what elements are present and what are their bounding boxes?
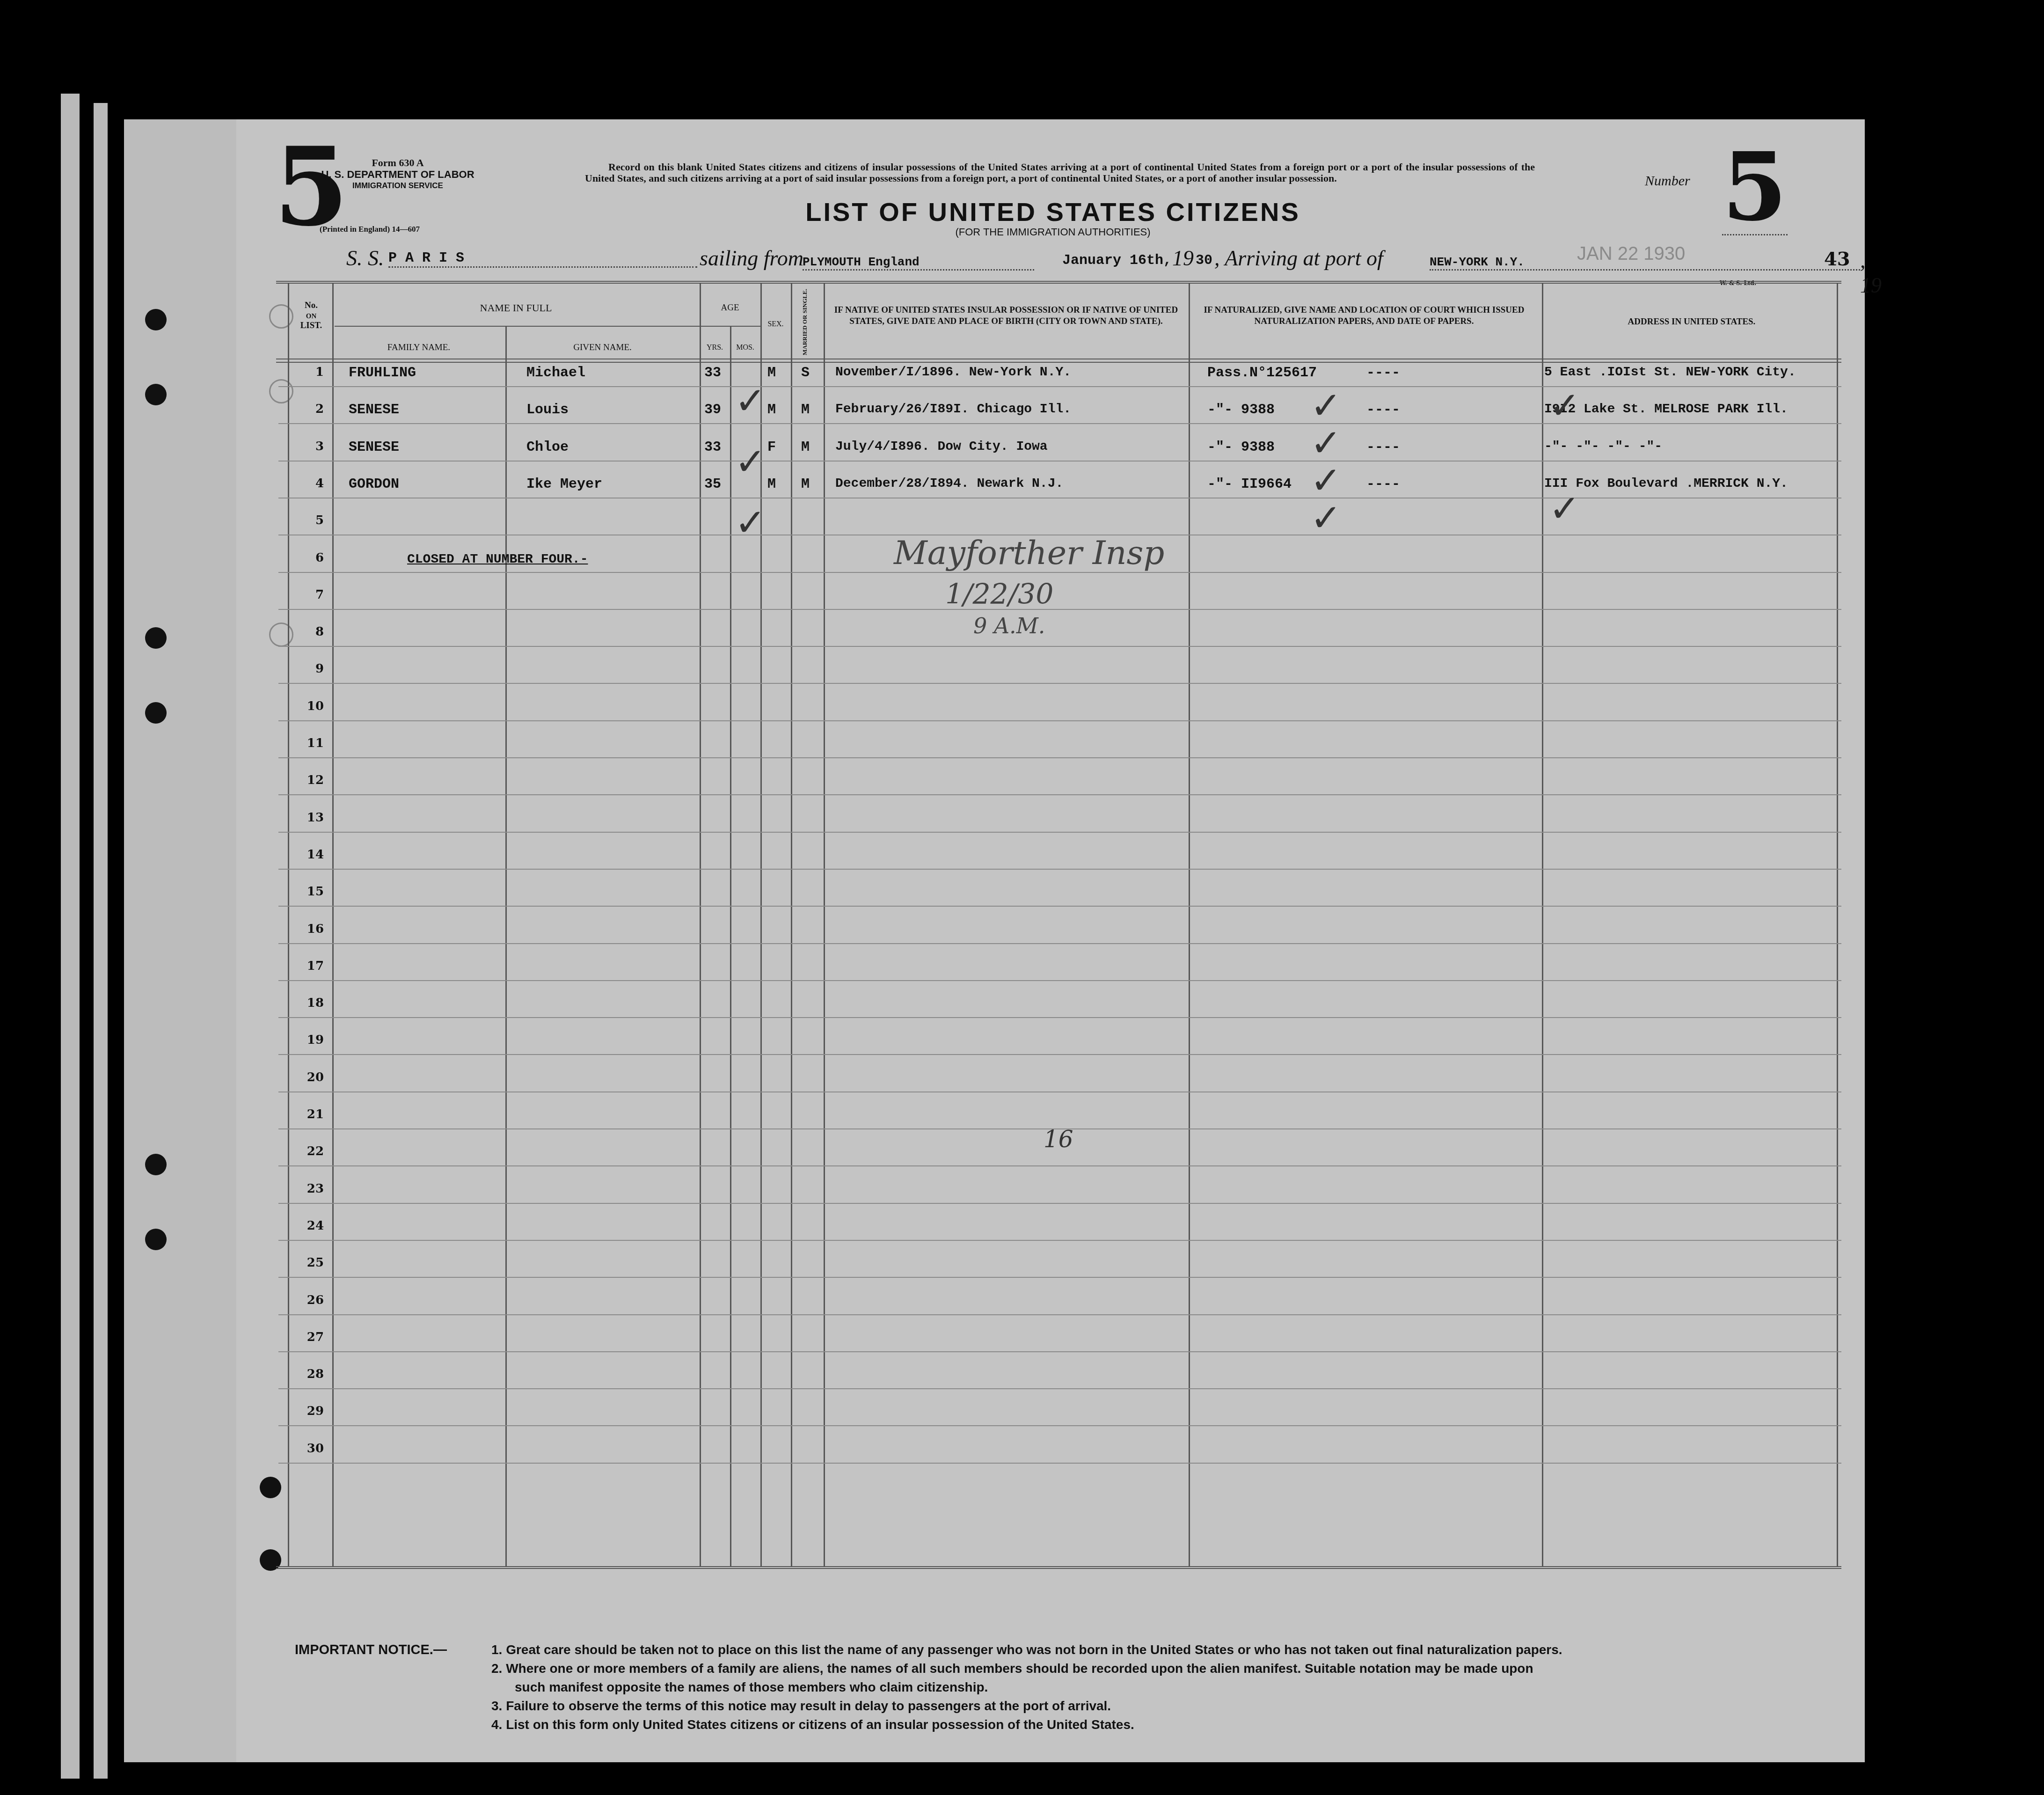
passenger-sex: M: [767, 476, 776, 492]
passenger-dash: ----: [1366, 365, 1400, 381]
row-number: 13: [281, 811, 324, 825]
col-age-yrs: YRS.: [700, 342, 730, 353]
ss-label: S. S.: [346, 246, 384, 271]
row-number: 1: [281, 365, 324, 379]
number-label: Number: [1645, 173, 1690, 189]
passenger-given: Chloe: [526, 440, 569, 455]
check-mark: ✓: [1310, 496, 1342, 540]
check-mark: ✓: [735, 501, 766, 544]
passenger-age: 33: [704, 440, 721, 455]
row-number: 16: [281, 922, 324, 936]
instructions: Record on this blank United States citiz…: [585, 161, 1535, 184]
row-rule: [278, 832, 1841, 833]
grid-line: [1542, 284, 1543, 1566]
arrival-year-prefix: , 19: [1860, 248, 1882, 298]
row-number: 7: [281, 588, 324, 602]
check-mark: ✓: [735, 440, 766, 484]
passenger-address: -"- -"- -"- -"-: [1544, 440, 1662, 454]
manifest-table: No. ON LIST. NAME IN FULL FAMILY NAME. G…: [276, 281, 1841, 1569]
row-number: 20: [281, 1070, 324, 1084]
row-number: 3: [281, 440, 324, 454]
inspection-time: 9 A.M.: [973, 613, 1045, 638]
notice-item-1: 1. Great care should be taken not to pla…: [491, 1641, 1562, 1659]
row-rule: [278, 906, 1841, 907]
passenger-family: SENESE: [349, 440, 399, 455]
row-rule: [278, 869, 1841, 870]
passenger-address: III Fox Boulevard .MERRICK N.Y.: [1544, 476, 1788, 491]
punch-hole: [145, 1229, 167, 1250]
row-rule: [278, 683, 1841, 684]
punch-hole: [145, 1154, 167, 1175]
row-rule: [278, 423, 1841, 424]
row-number: 17: [281, 959, 324, 973]
punch-hole: [145, 384, 167, 405]
binder-strip-1: [61, 94, 80, 1779]
row-rule: [278, 1054, 1841, 1055]
row-rule: [278, 498, 1841, 498]
passenger-naturalized: -"- II9664: [1207, 476, 1292, 492]
passenger-marital: M: [801, 402, 810, 418]
col-family-name: FAMILY NAME.: [332, 342, 505, 353]
punch-hole: [145, 627, 167, 649]
row-rule: [278, 461, 1841, 462]
notice-label: IMPORTANT NOTICE.—: [295, 1641, 447, 1659]
grid-line: [335, 326, 760, 327]
row-number: 11: [281, 736, 324, 750]
notice-item-4: 4. List on this form only United States …: [491, 1715, 1134, 1734]
passenger-sex: F: [767, 440, 776, 455]
row-rule: [278, 1017, 1841, 1018]
passenger-birth: December/28/I894. Newark N.J.: [835, 476, 1063, 491]
notice-item-2: 2. Where one or more members of a family…: [491, 1659, 1533, 1678]
row-number: 28: [281, 1367, 324, 1381]
passenger-dash: ----: [1366, 476, 1400, 492]
year-prefix: 19: [1172, 246, 1194, 271]
passenger-birth: February/26/I89I. Chicago Ill.: [835, 402, 1071, 417]
voyage-line: S. S. P A R I S sailing from PLYMOUTH En…: [346, 246, 1811, 278]
passenger-given: Louis: [526, 402, 569, 418]
passenger-sex: M: [767, 402, 776, 418]
row-number: 2: [281, 402, 324, 416]
notice-item-3: 3. Failure to observe the terms of this …: [491, 1697, 1111, 1715]
passenger-marital: M: [801, 476, 810, 492]
row-rule: [278, 1240, 1841, 1241]
col-no-line3: LIST.: [290, 320, 332, 331]
passenger-dash: ----: [1366, 402, 1400, 418]
header-divider: [276, 359, 1841, 363]
passenger-birth: July/4/I896. Dow City. Iowa: [835, 440, 1048, 454]
passenger-marital: M: [801, 440, 810, 455]
passenger-birth: November/I/1896. New-York N.Y.: [835, 365, 1071, 380]
row-number: 15: [281, 885, 324, 899]
passenger-address: 5 East .IOIst St. NEW-YORK City.: [1544, 365, 1796, 380]
row-rule: [278, 980, 1841, 981]
row-rule: [278, 757, 1841, 758]
grid-line: [1189, 284, 1190, 1566]
row-number: 14: [281, 848, 324, 862]
row-number: 21: [281, 1107, 324, 1121]
row-number: 25: [281, 1256, 324, 1270]
passenger-given: Michael: [526, 365, 585, 381]
year-suffix: 30: [1196, 253, 1212, 269]
passenger-age: 33: [704, 365, 721, 381]
row-number: 23: [281, 1182, 324, 1196]
underlying-page: [124, 119, 241, 1762]
col-no-line1: No.: [290, 300, 332, 311]
departure-date: January 16th,: [1062, 253, 1172, 269]
row-number: 19: [281, 1033, 324, 1047]
row-number: 4: [281, 476, 324, 491]
passenger-family: FRUHLING: [349, 365, 416, 381]
row-number: 30: [281, 1442, 324, 1456]
arrival-date-stamp: JAN 22 1930: [1577, 243, 1685, 264]
check-mark: ✓: [1549, 487, 1580, 530]
row-rule: [278, 1314, 1841, 1315]
col-given-name: GIVEN NAME.: [505, 342, 700, 353]
passenger-age: 35: [704, 476, 721, 492]
sheet-mark: 16: [1044, 1126, 1073, 1153]
col-birth: IF NATIVE OF UNITED STATES INSULAR POSSE…: [831, 305, 1182, 327]
row-number: 5: [281, 513, 324, 528]
passenger-given: Ike Meyer: [526, 476, 602, 492]
service: IMMIGRATION SERVICE: [304, 181, 491, 190]
arriving-label: , Arriving at port of: [1214, 246, 1383, 271]
grid-line: [332, 284, 334, 1566]
form-id: Form 630 A: [337, 157, 459, 169]
row-rule: [278, 386, 1841, 387]
grid-line: [730, 326, 731, 1566]
row-number: 22: [281, 1144, 324, 1158]
row-number: 8: [281, 625, 324, 639]
row-number: 27: [281, 1330, 324, 1344]
row-rule: [278, 1165, 1841, 1166]
row-number: 18: [281, 996, 324, 1010]
row-rule: [278, 794, 1841, 795]
form-number-right: 5: [1722, 140, 1788, 235]
row-number: 10: [281, 699, 324, 713]
passenger-naturalized: Pass.N°125617: [1207, 365, 1317, 381]
passenger-address: I9I2 Lake St. MELROSE PARK Ill.: [1544, 402, 1788, 417]
row-number: 12: [281, 773, 324, 787]
col-age-mos: MOS.: [730, 342, 760, 353]
col-married-single: MARRIED OR SINGLE.: [799, 285, 810, 359]
passenger-family: GORDON: [349, 476, 399, 492]
inspector-signature: Mayforther Insp: [894, 534, 1164, 572]
row-number: 29: [281, 1404, 324, 1418]
grid-line: [824, 284, 825, 1566]
passenger-naturalized: -"- 9388: [1207, 440, 1275, 455]
row-rule: [278, 1277, 1841, 1278]
row-number: 24: [281, 1219, 324, 1233]
grid-line: [505, 326, 507, 1566]
check-mark: ✓: [1549, 384, 1580, 427]
grid-line: [1837, 284, 1838, 1566]
sailing-from-label: sailing from: [700, 246, 803, 271]
notice-item-2-cont: such manifest opposite the names of thos…: [515, 1678, 988, 1697]
row-number: 9: [281, 662, 324, 676]
passenger-naturalized: -"- 9388: [1207, 402, 1275, 418]
passenger-marital: S: [801, 365, 810, 381]
passenger-age: 39: [704, 402, 721, 418]
grid-line: [791, 284, 792, 1566]
passenger-sex: M: [767, 365, 776, 381]
row-rule: [278, 646, 1841, 647]
row-rule: [278, 609, 1841, 610]
passenger-family: SENESE: [349, 402, 399, 418]
page-subtitle: (FOR THE IMMIGRATION AUTHORITIES): [912, 226, 1193, 238]
row-number: 26: [281, 1293, 324, 1307]
printed-note: (Printed in England) 14—607: [299, 225, 440, 234]
row-rule: [278, 1092, 1841, 1092]
row-number: 6: [281, 551, 324, 565]
inspection-date: 1/22/30: [945, 578, 1053, 611]
page-title: LIST OF UNITED STATES CITIZENS: [725, 197, 1380, 227]
row-rule: [278, 1388, 1841, 1389]
check-mark: ✓: [735, 379, 766, 423]
row-rule: [278, 720, 1841, 721]
binder-strip-2: [94, 103, 108, 1779]
grid-line: [700, 284, 701, 1566]
row-rule: [278, 1425, 1841, 1426]
closed-note: CLOSED AT NUMBER FOUR.-: [407, 552, 588, 567]
departure-port: PLYMOUTH England: [803, 255, 1034, 271]
passenger-dash: ----: [1366, 440, 1400, 455]
col-naturalized: IF NATURALIZED, GIVE NAME AND LOCATION O…: [1196, 305, 1533, 327]
punch-hole: [145, 702, 167, 724]
ship-name: P A R I S: [388, 250, 697, 268]
row-rule: [278, 943, 1841, 944]
col-name-in-full: NAME IN FULL: [332, 302, 700, 314]
col-address: ADDRESS IN UNITED STATES.: [1549, 316, 1834, 328]
row-rule: [278, 1463, 1841, 1464]
col-age: AGE: [700, 302, 760, 314]
row-rule: [278, 1351, 1841, 1352]
punch-hole: [145, 309, 167, 330]
col-sex: SEX.: [760, 319, 791, 330]
department: U. S. DEPARTMENT OF LABOR: [304, 169, 491, 181]
row-rule: [278, 1203, 1841, 1204]
